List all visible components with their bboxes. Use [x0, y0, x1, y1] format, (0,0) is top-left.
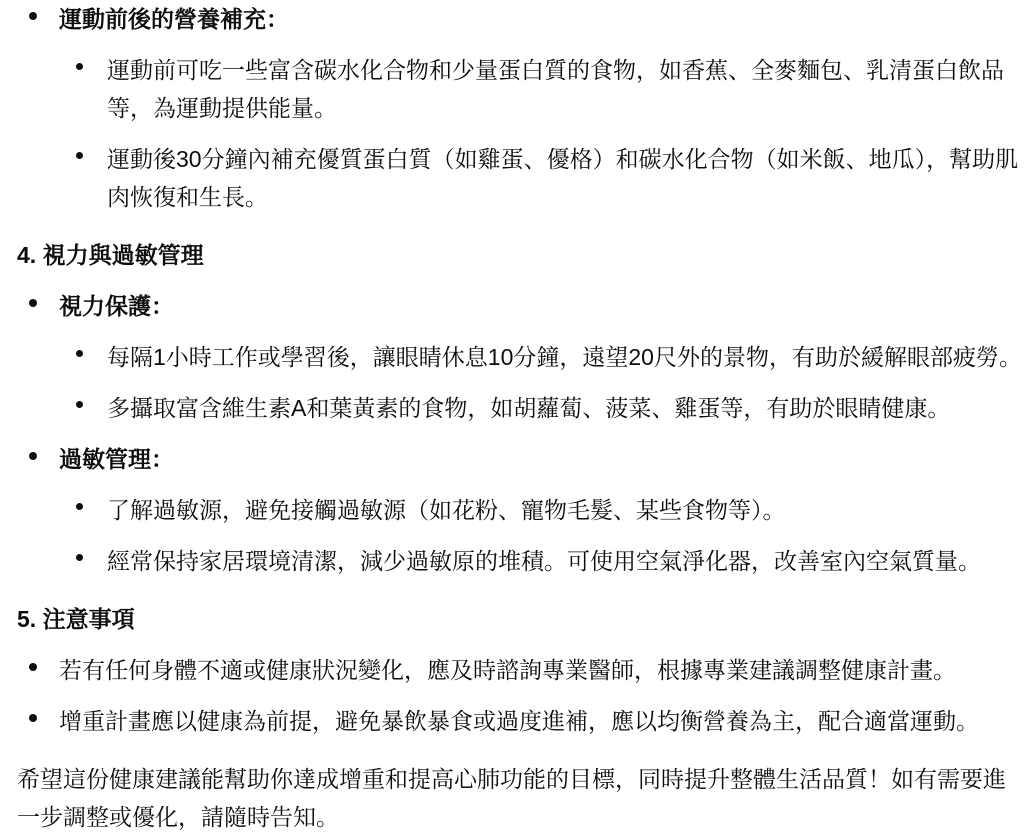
list-item-text: 了解過敏源，避免接觸過敏源（如花粉、寵物毛髮、某些食物等）。: [107, 497, 786, 523]
allergy-label: 過敏管理：: [59, 446, 174, 472]
allergy-sub-list: 了解過敏源，避免接觸過敏源（如花粉、寵物毛髮、某些食物等）。 經常保持家居環境清…: [59, 491, 1022, 580]
vision-label: 視力保護：: [59, 293, 174, 319]
list-item: 經常保持家居環境清潔，減少過敏原的堆積。可使用空氣淨化器，改善室內空氣質量。: [59, 542, 1022, 580]
section-5-heading: 5. 注意事項: [17, 600, 1022, 638]
list-item: 運動後30分鐘內補充優質蛋白質（如雞蛋、優格）和碳水化合物（如米飯、地瓜），幫助…: [59, 140, 1022, 216]
nutrition-list: 運動前後的營養補充： 運動前可吃一些富含碳水化合物和少量蛋白質的食物，如香蕉、全…: [17, 0, 1022, 216]
vision-sub-list: 每隔1小時工作或學習後，讓眼睛休息10分鐘，遠望20尺外的景物，有助於緩解眼部疲…: [59, 338, 1022, 427]
nutrition-item: 運動前後的營養補充： 運動前可吃一些富含碳水化合物和少量蛋白質的食物，如香蕉、全…: [17, 0, 1022, 216]
list-item: 每隔1小時工作或學習後，讓眼睛休息10分鐘，遠望20尺外的景物，有助於緩解眼部疲…: [59, 338, 1022, 376]
section-4-list: 視力保護： 每隔1小時工作或學習後，讓眼睛休息10分鐘，遠望20尺外的景物，有助…: [17, 287, 1022, 580]
list-item: 若有任何身體不適或健康狀況變化，應及時諮詢專業醫師，根據專業建議調整健康計畫。: [17, 651, 1022, 689]
section-5-list: 若有任何身體不適或健康狀況變化，應及時諮詢專業醫師，根據專業建議調整健康計畫。 …: [17, 651, 1022, 740]
nutrition-label: 運動前後的營養補充：: [59, 6, 289, 32]
list-item: 多攝取富含維生素A和葉黃素的食物，如胡蘿蔔、菠菜、雞蛋等，有助於眼睛健康。: [59, 389, 1022, 427]
list-item-text: 每隔1小時工作或學習後，讓眼睛休息10分鐘，遠望20尺外的景物，有助於緩解眼部疲…: [107, 344, 1022, 370]
vision-item: 視力保護： 每隔1小時工作或學習後，讓眼睛休息10分鐘，遠望20尺外的景物，有助…: [17, 287, 1022, 427]
list-item-text: 增重計畫應以健康為前提，避免暴飲暴食或過度進補，應以均衡營養為主，配合適當運動。: [59, 708, 979, 734]
list-item-text: 若有任何身體不適或健康狀況變化，應及時諮詢專業醫師，根據專業建議調整健康計畫。: [59, 657, 956, 683]
list-item-text: 運動後30分鐘內補充優質蛋白質（如雞蛋、優格）和碳水化合物（如米飯、地瓜），幫助…: [107, 146, 1018, 210]
list-item: 運動前可吃一些富含碳水化合物和少量蛋白質的食物，如香蕉、全麥麵包、乳清蛋白飲品等…: [59, 51, 1022, 127]
allergy-item: 過敏管理： 了解過敏源，避免接觸過敏源（如花粉、寵物毛髮、某些食物等）。 經常保…: [17, 440, 1022, 580]
closing-paragraph: 希望這份健康建議能幫助你達成增重和提高心肺功能的目標，同時提升整體生活品質！如有…: [17, 760, 1022, 833]
list-item-text: 多攝取富含維生素A和葉黃素的食物，如胡蘿蔔、菠菜、雞蛋等，有助於眼睛健康。: [107, 395, 950, 421]
document-content: 運動前後的營養補充： 運動前可吃一些富含碳水化合物和少量蛋白質的食物，如香蕉、全…: [0, 0, 1024, 833]
list-item: 增重計畫應以健康為前提，避免暴飲暴食或過度進補，應以均衡營養為主，配合適當運動。: [17, 702, 1022, 740]
list-item-text: 運動前可吃一些富含碳水化合物和少量蛋白質的食物，如香蕉、全麥麵包、乳清蛋白飲品等…: [107, 57, 1004, 121]
list-item-text: 經常保持家居環境清潔，減少過敏原的堆積。可使用空氣淨化器，改善室內空氣質量。: [107, 548, 981, 574]
nutrition-sub-list: 運動前可吃一些富含碳水化合物和少量蛋白質的食物，如香蕉、全麥麵包、乳清蛋白飲品等…: [59, 51, 1022, 216]
list-item: 了解過敏源，避免接觸過敏源（如花粉、寵物毛髮、某些食物等）。: [59, 491, 1022, 529]
section-4-heading: 4. 視力與過敏管理: [17, 236, 1022, 274]
